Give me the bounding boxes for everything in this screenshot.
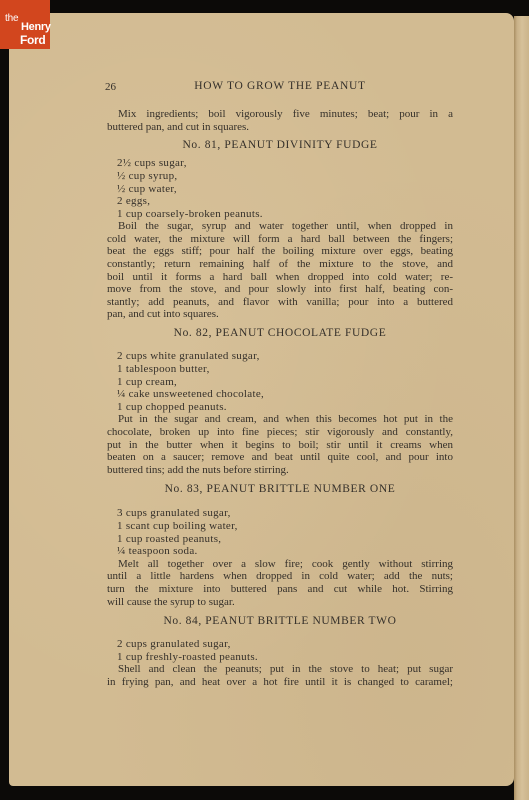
ingredient: ½ cup water, xyxy=(117,183,177,195)
recipe-title: No. 82, PEANUT CHOCOLATE FUDGE xyxy=(107,327,453,339)
ingredient: 3 cups granulated sugar, xyxy=(117,507,231,519)
ingredient: ¼ cake unsweetened chocolate, xyxy=(117,388,264,400)
recipe-title: No. 84, PEANUT BRITTLE NUMBER TWO xyxy=(107,615,453,627)
ingredient: ¼ teaspoon soda. xyxy=(117,545,198,557)
direction-line: Shell and clean the peanuts; put in the … xyxy=(118,663,453,675)
ingredient: 2 cups granulated sugar, xyxy=(117,638,231,650)
direction-line: beat the eggs stiff; pour half the boili… xyxy=(107,245,453,257)
direction-line: put in the butter when it begins to boil… xyxy=(107,439,453,451)
ingredient: 1 cup coarsely-broken peanuts. xyxy=(117,208,263,220)
direction-line: stantly; add peanuts, and flavor with va… xyxy=(107,296,453,308)
ingredient: 2 eggs, xyxy=(117,195,150,207)
ingredient: ½ cup syrup, xyxy=(117,170,177,182)
direction-line: chocolate, broken up into fine pieces; s… xyxy=(107,426,453,438)
direction-line: Melt all together over a slow fire; cook… xyxy=(118,558,453,570)
direction-line: beaten on a saucer; remove and beat unti… xyxy=(107,451,453,463)
direction-line: Boil the sugar, syrup and water together… xyxy=(118,220,453,232)
recipe-title: No. 81, PEANUT DIVINITY FUDGE xyxy=(107,139,453,151)
logo-henry: Henry xyxy=(21,22,51,33)
ingredient: 1 scant cup boiling water, xyxy=(117,520,238,532)
direction-line: in frying pan, and heat over a hot fire … xyxy=(107,676,453,688)
ingredient: 1 cup roasted peanuts, xyxy=(117,533,221,545)
direction-line: constantly; return remaining half of the… xyxy=(107,258,453,270)
recipe-title: No. 83, PEANUT BRITTLE NUMBER ONE xyxy=(107,483,453,495)
ingredient: 1 cup freshly-roasted peanuts. xyxy=(117,651,258,663)
direction-line: pan, and cut into squares. xyxy=(107,308,453,320)
direction-line: will cause the syrup to sugar. xyxy=(107,596,453,608)
ingredient: 2½ cups sugar, xyxy=(117,157,187,169)
direction-line: buttered tins; add the nuts before stirr… xyxy=(107,464,453,476)
direction-line: Put in the sugar and cream, and when thi… xyxy=(118,413,453,425)
logo-ford: Ford xyxy=(20,34,45,46)
direction-line: move from the stove, and pour slowly int… xyxy=(107,283,453,295)
logo-the: the xyxy=(5,14,18,24)
direction-line: cold water, the mixture will form a hard… xyxy=(107,233,453,245)
direction-line: boil until it forms a hard ball when dro… xyxy=(107,271,453,283)
intro-line: buttered pan, and cut in squares. xyxy=(107,121,453,133)
book-spine-edge xyxy=(514,16,529,800)
direction-line: until a little hardens when dropped in c… xyxy=(107,570,453,582)
running-head: HOW TO GROW THE PEANUT xyxy=(107,80,453,92)
ingredient: 1 cup chopped peanuts. xyxy=(117,401,227,413)
ingredient: 1 cup cream, xyxy=(117,376,177,388)
direction-line: turn the mixture into buttered pans and … xyxy=(107,583,453,595)
ingredient: 1 tablespoon butter, xyxy=(117,363,210,375)
intro-line: Mix ingredients; boil vigorously five mi… xyxy=(118,108,453,120)
ingredient: 2 cups white granulated sugar, xyxy=(117,350,260,362)
henry-ford-logo: the Henry Ford xyxy=(0,0,50,49)
